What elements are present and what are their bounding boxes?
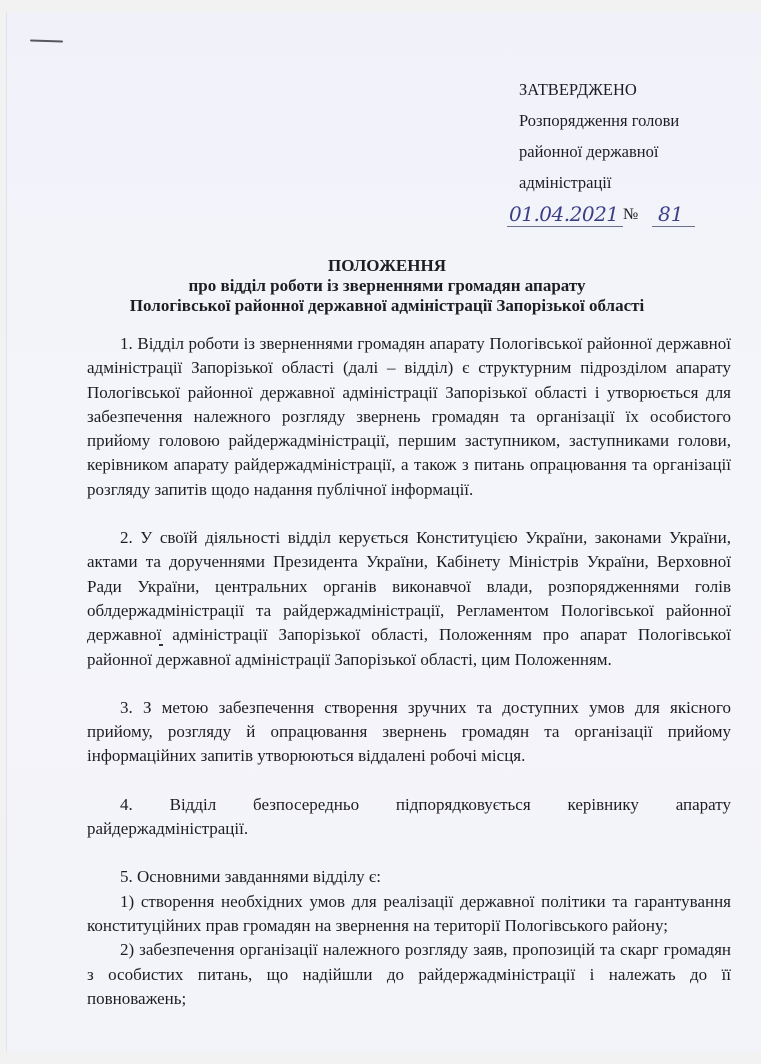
approval-stamp: ЗАТВЕРДЖЕНО xyxy=(519,74,749,105)
paragraph-4: 4. Відділ безпосередньо підпорядковуєтьс… xyxy=(87,793,731,842)
title-main: ПОЛОЖЕННЯ xyxy=(67,256,707,276)
task-item-1: 1) створення необхідних умов для реаліза… xyxy=(87,890,731,939)
task-item-2: 2) забезпечення організації належного ро… xyxy=(87,938,731,1011)
paragraph-1: 1. Відділ роботи із зверненнями громадян… xyxy=(87,332,731,502)
paragraph-2: 2. У своїй діяльності відділ керується К… xyxy=(87,526,731,672)
paragraph-3: 3. З метою забезпечення створення зручни… xyxy=(87,696,731,769)
document-title: ПОЛОЖЕННЯ про відділ роботи із звернення… xyxy=(67,256,707,316)
title-line: Пологівської районної державної адмініст… xyxy=(67,296,707,316)
handwritten-number: 81 xyxy=(652,202,695,227)
approval-line: Розпорядження голови xyxy=(519,105,749,136)
stray-mark xyxy=(159,644,163,646)
title-line: про відділ роботи із зверненнями громадя… xyxy=(67,276,707,296)
handwritten-date: 01.04.2021 xyxy=(507,202,623,227)
document-body: 1. Відділ роботи із зверненнями громадян… xyxy=(87,332,731,1011)
document-page: ЗАТВЕРДЖЕНО Розпорядження голови районно… xyxy=(6,12,761,1052)
approval-block: ЗАТВЕРДЖЕНО Розпорядження голови районно… xyxy=(519,74,749,198)
approval-line: районної державної xyxy=(519,136,749,167)
approval-line: адміністрації xyxy=(519,167,749,198)
order-date-number: 01.04.2021 № 81 xyxy=(507,202,707,230)
number-sign: № xyxy=(623,206,638,224)
pen-mark xyxy=(30,39,63,42)
paragraph-5: 5. Основними завданнями відділу є: xyxy=(87,865,731,889)
